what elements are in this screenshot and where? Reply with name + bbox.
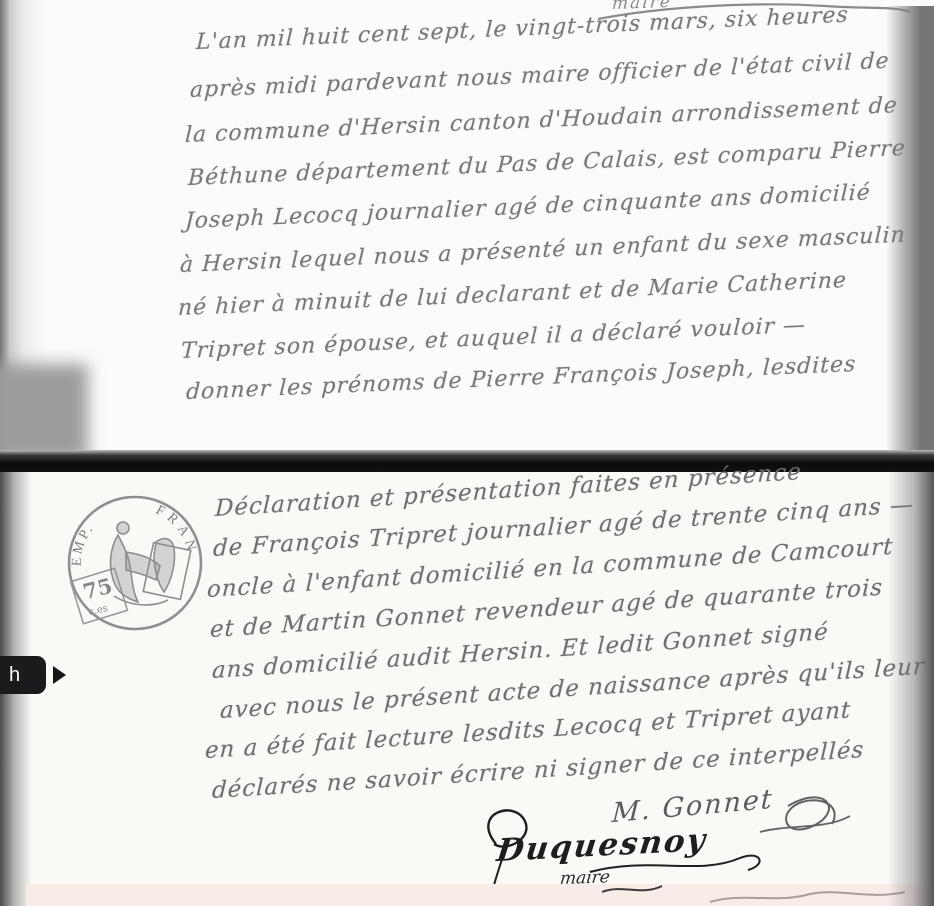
svg-text:EMP.: EMP. (70, 520, 98, 567)
page-scan-top: maire L'an mil huit cent sept, le vingt-… (0, 0, 934, 452)
collapsed-panel-tab[interactable]: h (0, 656, 46, 694)
handwritten-line: après midi pardevant nous maire officier… (189, 49, 890, 103)
image-viewer-canvas: maire L'an mil huit cent sept, le vingt-… (0, 0, 934, 906)
stamp-text-emp: EMP. (70, 520, 98, 567)
handwritten-line: Joseph Lecocq journalier agé de cinquant… (184, 180, 871, 234)
expand-arrow-icon[interactable] (53, 666, 66, 684)
record-highlight-strip[interactable] (26, 884, 934, 906)
collapsed-panel-tab-label: h (0, 664, 20, 687)
page-scan-bottom: EMP. FRAN. 75 c.es Déclaration et présen… (0, 472, 934, 906)
handwritten-line: L'an mil huit cent sept, le vingt-trois … (195, 3, 849, 55)
handwritten-line: Tripret son épouse, et auquel il a décla… (180, 313, 806, 364)
mayor-signature: Duquesnoy (495, 822, 709, 869)
handwritten-line: né hier à minuit de lui declarant et de … (177, 268, 847, 321)
handwritten-line: donner les prénoms de Pierre François Jo… (185, 352, 856, 405)
revenue-stamp: EMP. FRAN. 75 c.es (60, 488, 210, 638)
stamp-denomination-unit: c.es (87, 603, 109, 618)
